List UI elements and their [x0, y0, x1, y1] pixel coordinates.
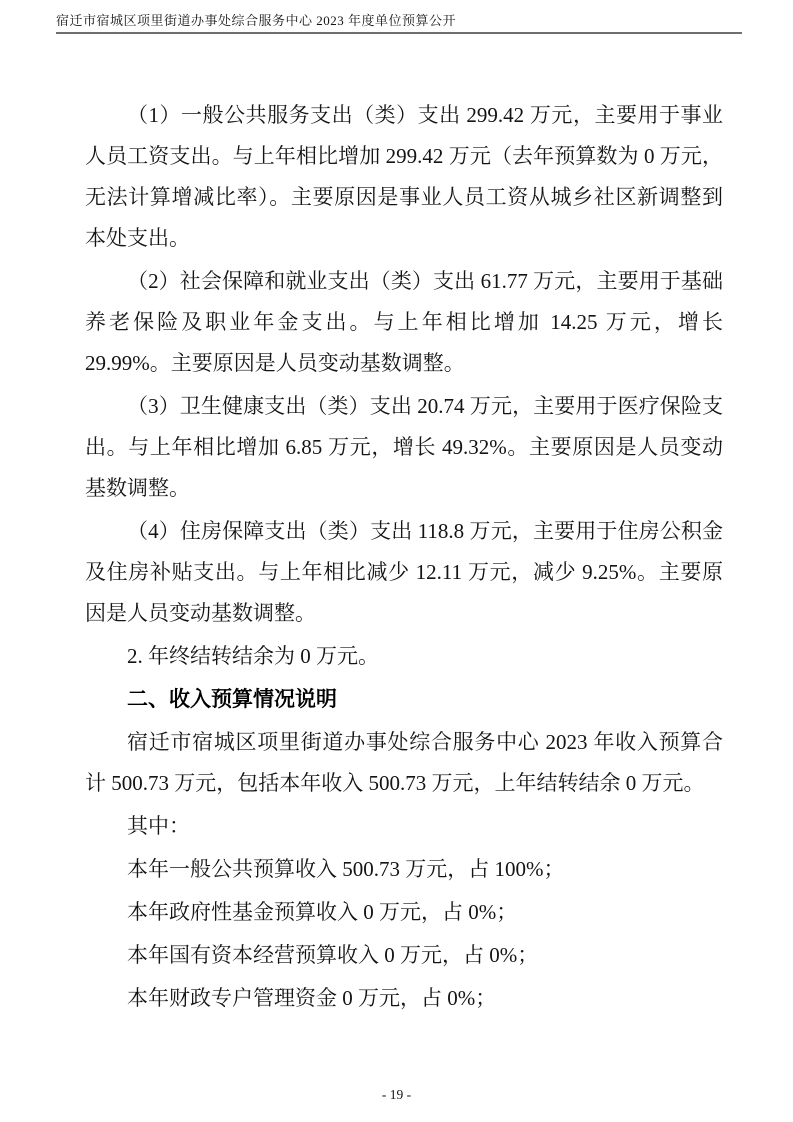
paragraph-income-state-capital: 本年国有资本经营预算收入 0 万元，占 0%；: [85, 935, 723, 976]
paragraph-expense-social-security: （2）社会保障和就业支出（类）支出 61.77 万元，主要用于基础养老保险及职业…: [85, 261, 723, 384]
page-footer: - 19 -: [0, 1086, 793, 1104]
paragraph-among-which: 其中：: [85, 806, 723, 847]
paragraph-year-end-carryover: 2. 年终结转结余为 0 万元。: [85, 636, 723, 677]
page-header: 宿迁市宿城区项里街道办事处综合服务中心 2023 年度单位预算公开: [56, 13, 742, 34]
section-heading-income-budget: 二、收入预算情况说明: [85, 679, 723, 720]
paragraph-expense-health: （3）卫生健康支出（类）支出 20.74 万元，主要用于医疗保险支出。与上年相比…: [85, 386, 723, 509]
header-title: 宿迁市宿城区项里街道办事处综合服务中心 2023 年度单位预算公开: [56, 13, 456, 28]
paragraph-income-government-fund: 本年政府性基金预算收入 0 万元，占 0%；: [85, 892, 723, 933]
paragraph-income-total: 宿迁市宿城区项里街道办事处综合服务中心 2023 年收入预算合计 500.73 …: [85, 722, 723, 804]
document-body: （1）一般公共服务支出（类）支出 299.42 万元，主要用于事业人员工资支出。…: [85, 95, 723, 1021]
document-page: 宿迁市宿城区项里街道办事处综合服务中心 2023 年度单位预算公开 （1）一般公…: [0, 0, 793, 1122]
paragraph-expense-housing: （4）住房保障支出（类）支出 118.8 万元，主要用于住房公积金及住房补贴支出…: [85, 511, 723, 634]
paragraph-income-general-public-budget: 本年一般公共预算收入 500.73 万元，占 100%；: [85, 849, 723, 890]
paragraph-income-fiscal-special-account: 本年财政专户管理资金 0 万元，占 0%；: [85, 978, 723, 1019]
paragraph-expense-general-public-services: （1）一般公共服务支出（类）支出 299.42 万元，主要用于事业人员工资支出。…: [85, 95, 723, 259]
page-number: - 19 -: [382, 1087, 411, 1102]
